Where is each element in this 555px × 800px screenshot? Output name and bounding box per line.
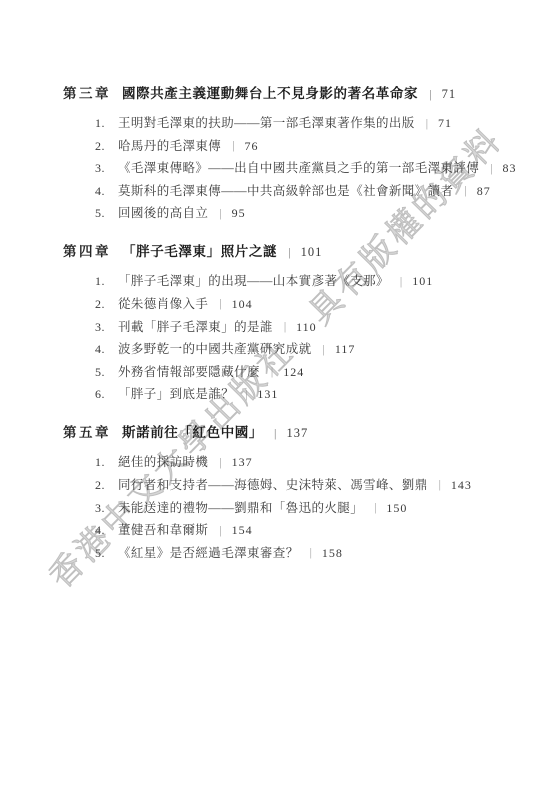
toc-item-number: 3. [63,501,105,515]
toc-item-number: 3. [63,320,105,334]
toc-item-title: 波多野乾一的中國共產黨研究成就 [118,342,312,356]
separator-bar: | [490,162,492,176]
toc-item-number: 3. [63,161,105,175]
toc-item-title: 莫斯科的毛澤東傳——中共高級幹部也是《社會新聞》讀者 [118,184,453,198]
separator-bar: | [219,524,221,538]
separator-bar: | [219,456,221,470]
toc-item-page-number: 87 [477,184,491,198]
toc-item-title: 王明對毛澤東的扶助——第一部毛澤東著作集的出版 [118,116,415,130]
toc-item: 3. 未能送達的禮物——劉鼎和「魯迅的火腿」 | 150 [63,501,533,516]
toc-item-page-number: 150 [386,501,407,515]
toc-item-title: 《毛澤東傳略》——出自中國共產黨員之手的第一部毛澤東評傳 [118,161,479,175]
toc-item-number: 5. [63,206,105,220]
toc-item-page-number: 95 [232,206,246,220]
toc-item-title: 絕佳的採訪時機 [118,455,208,469]
separator-bar: | [232,139,234,153]
separator-bar: | [284,320,286,334]
toc-item-number: 1. [63,116,105,130]
chapter-title: 國際共產主義運動舞台上不見身影的著名革命家 [122,86,418,101]
chapter-title: 斯諾前往「紅色中國」 [122,425,263,440]
toc-item-title: 未能送達的禮物——劉鼎和「魯迅的火腿」 [118,501,363,515]
chapter-heading: 第五章 斯諾前往「紅色中國」 | 137 [63,425,533,442]
toc-item-page-number: 131 [257,387,278,401]
toc-item: 4. 董健吾和韋爾斯 | 154 [63,523,533,538]
toc-item-page-number: 76 [245,139,259,153]
chapter-label: 第四章 [63,244,122,259]
toc-item: 5. 回國後的高自立 | 95 [63,206,533,221]
toc-item: 2. 哈馬丹的毛澤東傳 | 76 [63,139,533,154]
toc-item-page-number: 104 [232,297,253,311]
chapter-heading: 第四章 「胖子毛澤東」照片之謎 | 101 [63,244,533,261]
toc-item-title: 《紅星》是否經過毛澤東審查？ [118,546,299,560]
separator-bar: | [439,478,441,492]
toc-item: 1. 王明對毛澤東的扶助——第一部毛澤東著作集的出版 | 71 [63,116,533,131]
separator-bar: | [245,388,247,402]
toc-item-page-number: 83 [503,161,517,175]
toc-item-page-number: 124 [283,365,304,379]
toc-item-page-number: 137 [232,455,253,469]
toc-item-page-number: 110 [296,320,317,334]
chapter-item-list: 1. 絕佳的採訪時機 | 137 2. 同行者和支持者——海德姆、史沫特萊、馮雪… [63,455,533,560]
toc-item: 4. 莫斯科的毛澤東傳——中共高級幹部也是《社會新聞》讀者 | 87 [63,184,533,199]
separator-bar: | [464,184,466,198]
toc-item: 2. 同行者和支持者——海德姆、史沫特萊、馮雪峰、劉鼎 | 143 [63,478,533,493]
separator-bar: | [271,365,273,379]
separator-bar: | [400,275,402,289]
toc-item: 5. 外務省情報部要隱藏什麼 | 124 [63,365,533,380]
toc-item-number: 2. [63,478,105,492]
toc-item: 4. 波多野乾一的中國共產黨研究成就 | 117 [63,342,533,357]
toc-item-page-number: 71 [438,116,452,130]
toc-item-title: 「胖子」到底是誰？ [118,387,234,401]
toc-item: 3. 《毛澤東傳略》——出自中國共產黨員之手的第一部毛澤東評傳 | 83 [63,161,533,176]
separator-bar: | [323,343,325,357]
chapter-section: 第五章 斯諾前往「紅色中國」 | 137 1. 絕佳的採訪時機 | 137 2.… [63,425,533,560]
toc-item: 2. 從朱德肖像入手 | 104 [63,297,533,312]
separator-bar: | [374,501,376,515]
toc-item-number: 6. [63,387,105,401]
toc-item-page-number: 101 [412,274,433,288]
chapter-section: 第三章 國際共產主義運動舞台上不見身影的著名革命家 | 71 1. 王明對毛澤東… [63,86,533,221]
toc-item-number: 2. [63,297,105,311]
toc-item: 1. 絕佳的採訪時機 | 137 [63,455,533,470]
separator-bar: | [288,246,291,261]
separator-bar: | [429,88,432,103]
separator-bar: | [310,546,312,560]
chapter-section: 第四章 「胖子毛澤東」照片之謎 | 101 1. 「胖子毛澤東」的出現——山本實… [63,244,533,402]
toc-item-number: 5. [63,546,105,560]
toc-item-number: 1. [63,274,105,288]
toc-item-number: 2. [63,139,105,153]
toc-item-number: 4. [63,184,105,198]
toc-item-title: 董健吾和韋爾斯 [118,523,208,537]
chapter-title: 「胖子毛澤東」照片之謎 [122,244,277,259]
toc-item: 6. 「胖子」到底是誰？ | 131 [63,387,533,402]
chapter-page-number: 101 [301,245,323,260]
chapter-label: 第三章 [63,86,122,101]
chapter-page-number: 137 [287,426,309,441]
separator-bar: | [274,427,277,442]
toc-item-title: 外務省情報部要隱藏什麼 [118,365,260,379]
toc-item-number: 4. [63,523,105,537]
separator-bar: | [219,207,221,221]
toc-item-number: 1. [63,455,105,469]
toc-item-page-number: 143 [451,478,472,492]
separator-bar: | [219,297,221,311]
chapter-page-number: 71 [442,87,457,102]
toc-item: 1. 「胖子毛澤東」的出現——山本實彥著《支那》 | 101 [63,274,533,289]
chapter-heading: 第三章 國際共產主義運動舞台上不見身影的著名革命家 | 71 [63,86,533,103]
separator-bar: | [426,117,428,131]
chapter-item-list: 1. 王明對毛澤東的扶助——第一部毛澤東著作集的出版 | 71 2. 哈馬丹的毛… [63,116,533,221]
toc-item: 3. 刊載「胖子毛澤東」的是誰 | 110 [63,320,533,335]
toc-item-title: 回國後的高自立 [118,206,208,220]
toc-item-number: 4. [63,342,105,356]
toc-item-title: 從朱德肖像入手 [118,297,208,311]
toc-item-title: 哈馬丹的毛澤東傳 [118,139,221,153]
chapter-label: 第五章 [63,425,122,440]
chapter-item-list: 1. 「胖子毛澤東」的出現——山本實彥著《支那》 | 101 2. 從朱德肖像入… [63,274,533,402]
toc-item-page-number: 117 [335,342,356,356]
toc-item-page-number: 154 [232,523,253,537]
table-of-contents: 第三章 國際共產主義運動舞台上不見身影的著名革命家 | 71 1. 王明對毛澤東… [63,86,533,584]
book-toc-page: 香港中文大學出版社 具有版權的資料 第三章 國際共產主義運動舞台上不見身影的著名… [0,0,555,800]
toc-item-title: 刊載「胖子毛澤東」的是誰 [118,320,273,334]
toc-item-number: 5. [63,365,105,379]
toc-item-title: 「胖子毛澤東」的出現——山本實彥著《支那》 [118,274,389,288]
toc-item: 5. 《紅星》是否經過毛澤東審查？ | 158 [63,546,533,561]
toc-item-title: 同行者和支持者——海德姆、史沫特萊、馮雪峰、劉鼎 [118,478,428,492]
toc-item-page-number: 158 [322,546,343,560]
